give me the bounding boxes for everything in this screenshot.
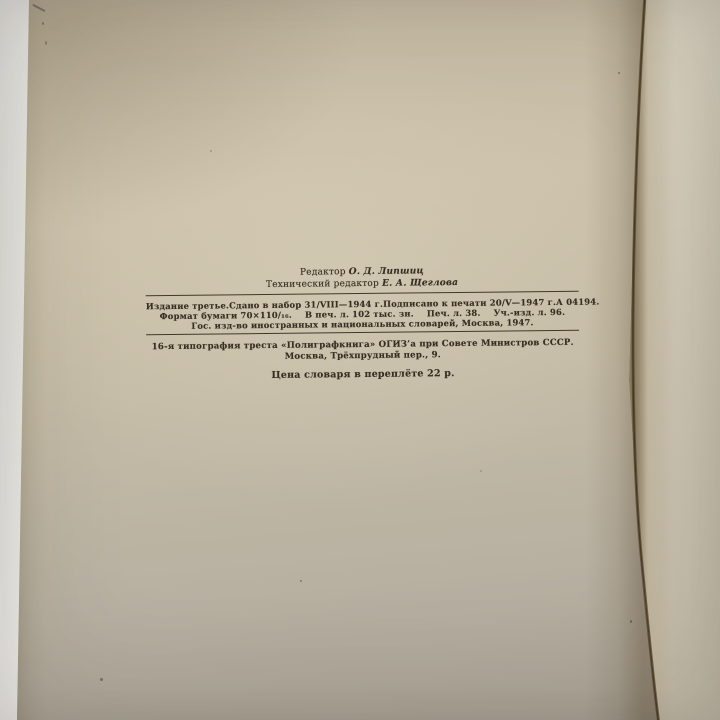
left-page: Редактор О. Д. Липшиц Технический редакт…: [0, 0, 720, 720]
pen-mark: [45, 41, 47, 45]
paper-speck: [100, 678, 103, 681]
pen-mark: [42, 22, 44, 25]
paper-speck: [630, 620, 632, 623]
paper-speck: [618, 72, 620, 74]
paper-speck: [210, 150, 212, 152]
publishing-sheets: Уч.-изд. л. 96.: [494, 307, 566, 318]
permit-code: А 04194.: [556, 297, 599, 307]
colophon: Редактор О. Д. Липшиц Технический редакт…: [145, 265, 579, 384]
editor-name: О. Д. Липшиц: [349, 266, 424, 277]
paper-speck: [300, 580, 302, 582]
paper-speck: [480, 470, 482, 472]
printed-sheets: Печ. л. 38.: [427, 308, 481, 319]
price-line: Цена словаря в переплёте 22 р.: [146, 367, 579, 384]
pen-mark: [32, 4, 45, 12]
tech-editor-label: Технический редактор: [266, 278, 379, 289]
editor-label: Редактор: [300, 267, 346, 277]
book-photo: Редактор О. Д. Липшиц Технический редакт…: [0, 0, 720, 720]
tech-editor-name: Е. А. Щеглова: [382, 277, 458, 288]
